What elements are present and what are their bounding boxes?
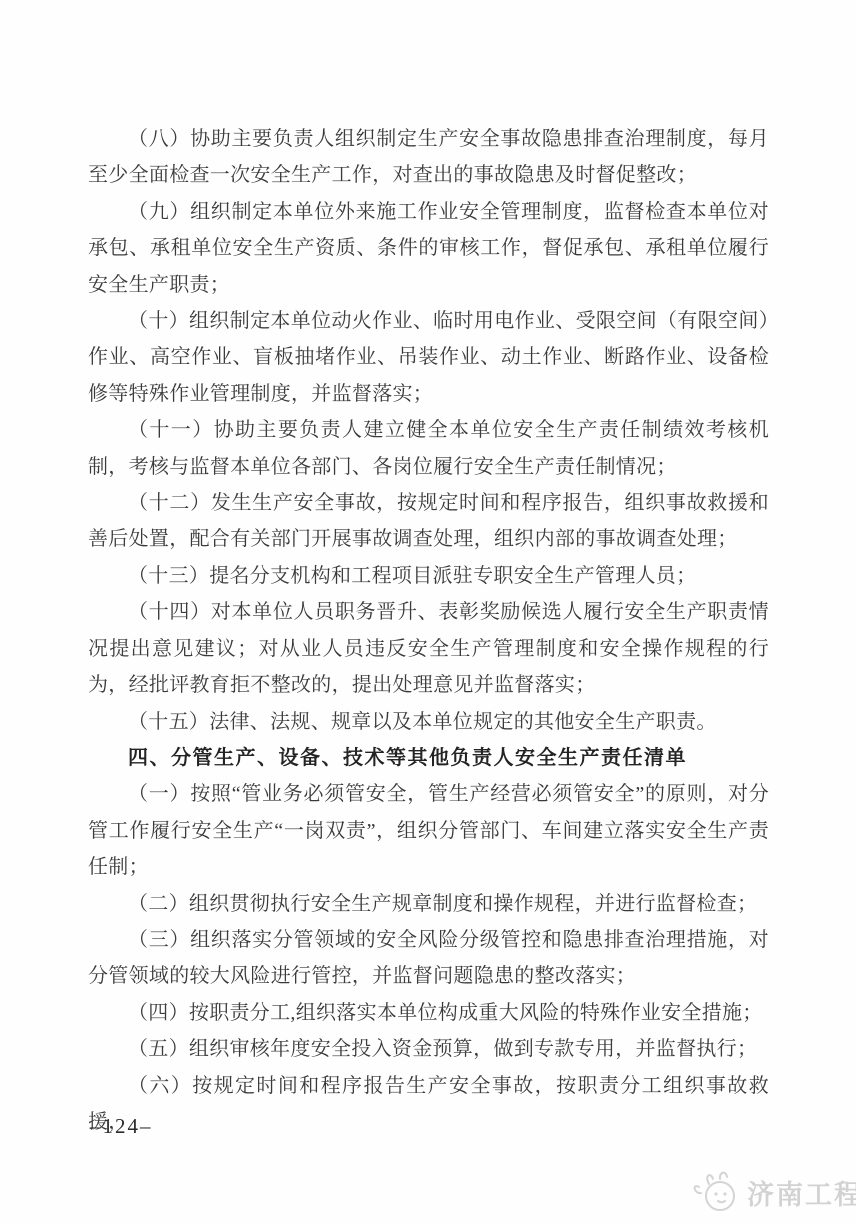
section-heading: 四、分管生产、设备、技术等其他负责人安全生产责任清单 — [88, 740, 769, 776]
mascot-logo-icon — [690, 1168, 742, 1216]
paragraph: （十四）对本单位人员职务晋升、表彰奖励候选人履行安全生产职责情况提出意见建议；对… — [88, 594, 769, 703]
paragraph: （五）组织审核年度安全投入资金预算，做到专款专用，并监督执行； — [88, 1031, 769, 1067]
paragraph: （三）组织落实分管领域的安全风险分级管控和隐患排查治理措施，对分管领域的较大风险… — [88, 922, 769, 995]
paragraph: （十一）协助主要负责人建立健全本单位安全生产责任制绩效考核机制，考核与监督本单位… — [88, 412, 769, 485]
paragraph: （十五）法律、法规、规章以及本单位规定的其他安全生产职责。 — [88, 704, 769, 740]
paragraph: （一）按照“管业务必须管安全，管生产经营必须管安全”的原则，对分管工作履行安全生… — [88, 776, 769, 885]
paragraph: （二）组织贯彻执行安全生产规章制度和操作规程，并进行监督检查； — [88, 886, 769, 922]
paragraph: （九）组织制定本单位外来施工作业安全管理制度，监督检查本单位对承包、承租单位安全… — [88, 194, 769, 303]
paragraph: （十三）提名分支机构和工程项目派驻专职安全生产管理人员； — [88, 558, 769, 594]
publisher-name: 济南工程 — [747, 1173, 856, 1212]
document-body: （八）协助主要负责人组织制定生产安全事故隐患排查治理制度，每月至少全面检查一次安… — [88, 121, 769, 1140]
page-number: –124– — [90, 1114, 153, 1139]
paragraph: （十二）发生生产安全事故，按规定时间和程序报告，组织事故救援和善后处置，配合有关… — [88, 485, 769, 558]
document-page: （八）协助主要负责人组织制定生产安全事故隐患排查治理制度，每月至少全面检查一次安… — [0, 0, 856, 1225]
paragraph: （四）按职责分工,组织落实本单位构成重大风险的特殊作业安全措施； — [88, 995, 769, 1031]
paragraph: （八）协助主要负责人组织制定生产安全事故隐患排查治理制度，每月至少全面检查一次安… — [88, 121, 769, 194]
paragraph: （六）按规定时间和程序报告生产安全事故，按职责分工组织事故救援， — [88, 1068, 769, 1141]
publisher-watermark: 济南工程 — [690, 1168, 856, 1216]
paragraph: （十）组织制定本单位动火作业、临时用电作业、受限空间（有限空间）作业、高空作业、… — [88, 303, 769, 412]
